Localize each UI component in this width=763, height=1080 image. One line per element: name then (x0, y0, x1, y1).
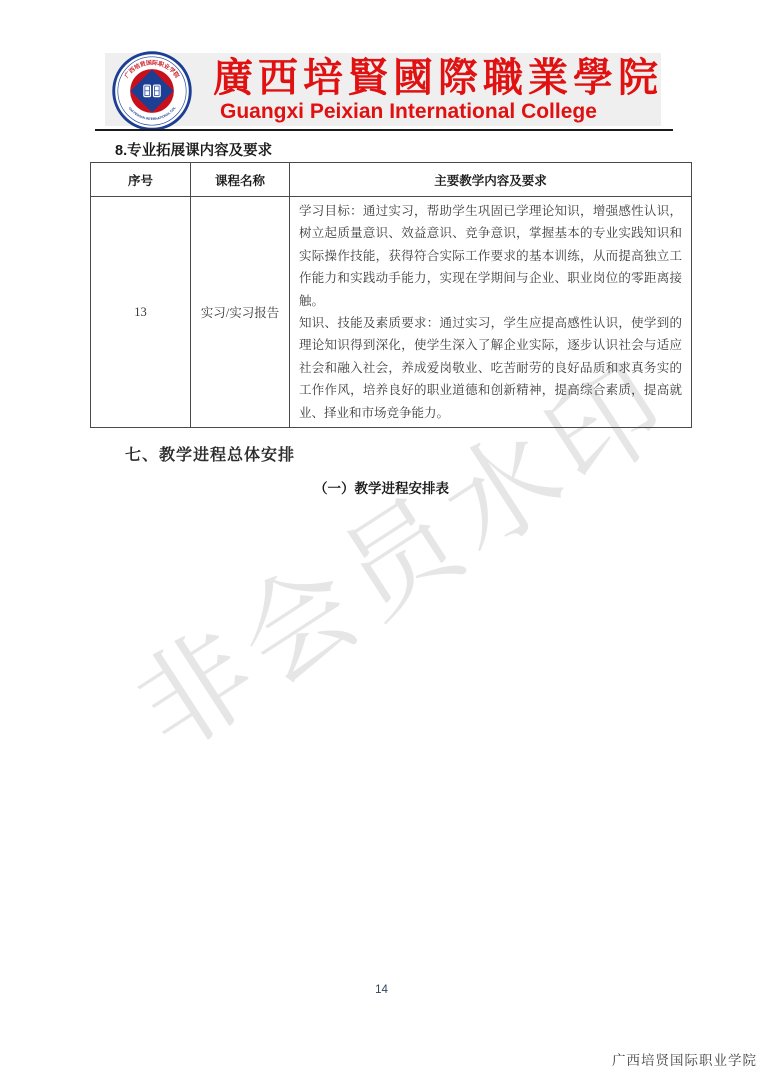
college-logo-icon: 广西培贤国际职业学院 GUANGXI PEIXIAN INTERNATIONAL… (111, 50, 193, 132)
course-content-table: 序号 课程名称 主要教学内容及要求 13 实习/实习报告 学习目标：通过实习，帮… (90, 162, 692, 428)
cell-course-content: 学习目标：通过实习，帮助学生巩固已学理论知识，增强感性认识，树立起质量意识、效益… (290, 197, 692, 428)
col-header-course-name: 课程名称 (191, 163, 290, 197)
content-paragraph-requirements: 知识、技能及素质要求：通过实习，学生应提高感性认识，使学到的理论知识得到深化，使… (299, 312, 682, 424)
cell-course-name: 实习/实习报告 (191, 197, 290, 428)
section7-subheading: （一）教学进程安排表 (0, 477, 763, 497)
footer-school-name: 广西培贤国际职业学院 (612, 1049, 757, 1069)
table-row: 13 实习/实习报告 学习目标：通过实习，帮助学生巩固已学理论知识，增强感性认识… (91, 197, 692, 428)
college-title-chinese: 廣西培賢國際職業學院 (213, 54, 663, 102)
header-divider (95, 129, 673, 131)
page-number: 14 (0, 984, 763, 996)
section7-heading: 七、教学进程总体安排 (125, 442, 295, 465)
college-title-english: Guangxi Peixian International College (220, 100, 660, 124)
table-header-row: 序号 课程名称 主要教学内容及要求 (91, 163, 692, 197)
cell-course-number: 13 (91, 197, 191, 428)
section8-heading: 8.专业拓展课内容及要求 (115, 139, 272, 160)
document-page: 非会员水印 广西培贤国际职业学院 (0, 0, 763, 1080)
col-header-number: 序号 (91, 163, 191, 197)
content-paragraph-goals: 学习目标：通过实习，帮助学生巩固已学理论知识，增强感性认识，树立起质量意识、效益… (299, 200, 682, 312)
col-header-content: 主要教学内容及要求 (290, 163, 692, 197)
